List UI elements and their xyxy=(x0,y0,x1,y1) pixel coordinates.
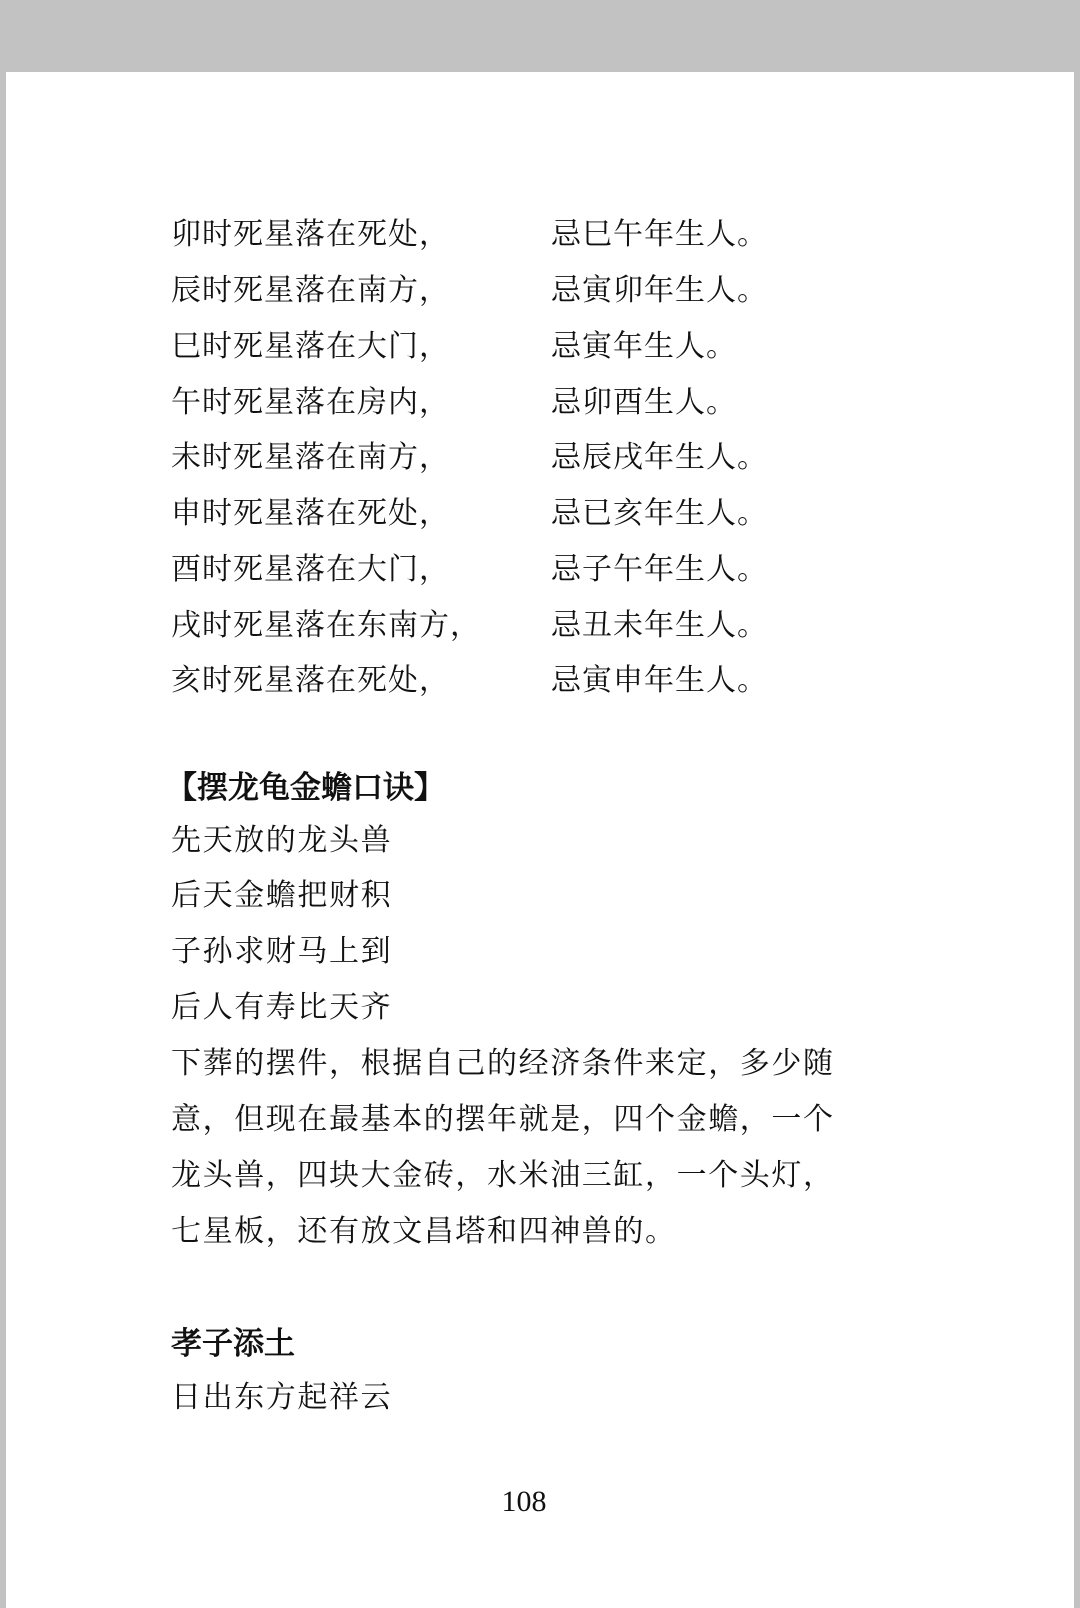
verse-line: 后人有寿比天齐 xyxy=(171,990,392,1026)
paragraph-line: 龙头兽，四块大金砖，水米油三缸，一个头灯， xyxy=(171,1158,835,1194)
verse-line: 后天金蟾把财积 xyxy=(171,878,392,914)
paragraph-line: 下葬的摆件，根据自己的经济条件来定，多少随 xyxy=(171,1046,835,1082)
verse-line: 日出东方起祥云 xyxy=(171,1380,392,1416)
section-heading: 孝子添土 xyxy=(171,1325,295,1363)
paragraph-line: 七星板，还有放文昌塔和四神兽的。 xyxy=(171,1214,677,1250)
verse-line: 先天放的龙头兽 xyxy=(171,823,392,859)
page-number: 108 xyxy=(6,1485,1042,1519)
table-row-left: 戌时死星落在东南方， xyxy=(171,608,481,644)
paragraph-line: 意，但现在最基本的摆年就是，四个金蟾，一个 xyxy=(171,1102,835,1138)
table-row-left: 午时死星落在房内， xyxy=(171,385,450,421)
table-row-left: 未时死星落在南方， xyxy=(171,440,450,476)
table-row-right: 忌寅卯年生人。 xyxy=(551,273,768,309)
table-row-right: 忌辰戌年生人。 xyxy=(551,440,768,476)
table-row-left: 巳时死星落在大门， xyxy=(171,329,450,365)
table-row-right: 忌已亥年生人。 xyxy=(551,496,768,532)
viewer-top-bar xyxy=(0,0,1080,72)
table-row-right: 忌丑未年生人。 xyxy=(551,608,768,644)
table-row-left: 申时死星落在死处， xyxy=(171,496,450,532)
verse-line: 子孙求财马上到 xyxy=(171,934,392,970)
table-row-right: 忌巳午年生人。 xyxy=(551,217,768,253)
table-row-left: 酉时死星落在大门， xyxy=(171,552,450,588)
document-page: 卯时死星落在死处， 忌巳午年生人。 辰时死星落在南方， 忌寅卯年生人。 巳时死星… xyxy=(6,72,1074,1608)
table-row-right: 忌寅申年生人。 xyxy=(551,663,768,699)
table-row-left: 卯时死星落在死处， xyxy=(171,217,450,253)
table-row-right: 忌子午年生人。 xyxy=(551,552,768,588)
table-row-left: 亥时死星落在死处， xyxy=(171,663,450,699)
section-heading: 【摆龙龟金蟾口诀】 xyxy=(166,769,445,807)
table-row-right: 忌卯酉生人。 xyxy=(551,385,737,421)
table-row-right: 忌寅年生人。 xyxy=(551,329,737,365)
table-row-left: 辰时死星落在南方， xyxy=(171,273,450,309)
